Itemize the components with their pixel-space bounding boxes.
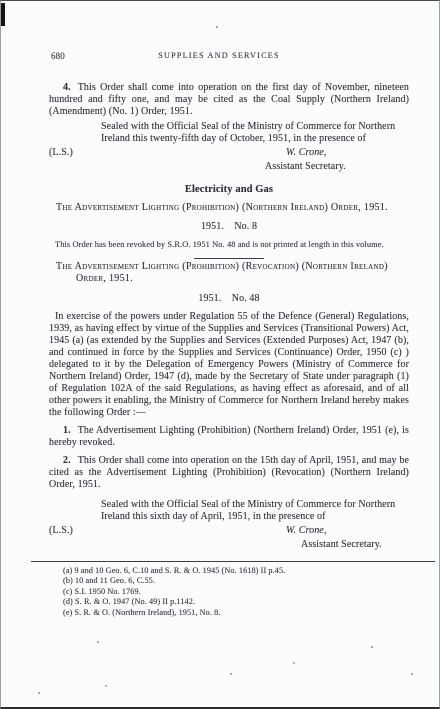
order-48-sealed-clause: Sealed with the Official Seal of the Min… (101, 499, 417, 523)
scan-speck (105, 685, 107, 687)
category-heading: Electricity and Gas (49, 184, 409, 195)
coal-order-sealed-clause: Sealed with the Official Seal of the Min… (101, 121, 417, 145)
order-48-signature-row: (L.S.) W. Crone, (49, 525, 409, 538)
order-48-paragraph-1: 1.The Advertisement Lighting (Prohibitio… (49, 425, 409, 449)
scan-speck (38, 692, 40, 694)
signature-name: W. Crone, (286, 147, 326, 158)
locus-sigilli: (L.S.) (49, 525, 73, 536)
footnote-e: (e) S. R. & O. (Northern Ireland), 1951,… (63, 608, 409, 619)
paragraph-number: 1. (63, 425, 71, 436)
scan-speck (411, 673, 413, 675)
order-48-title: The Advertisement Lighting (Prohibition)… (49, 261, 409, 286)
page-content: 680 SUPPLIES AND SERVICES 4.This Order s… (1, 1, 439, 618)
running-header: 680 SUPPLIES AND SERVICES (49, 51, 409, 64)
order-8-title: The Advertisement Lighting (Prohibition)… (49, 202, 409, 215)
coal-order-signature-row: (L.S.) W. Crone, (49, 147, 409, 160)
scan-speck (371, 646, 373, 648)
paragraph-text: This Order shall come into operation on … (49, 82, 409, 117)
signature-name: W. Crone, (286, 525, 326, 536)
scanned-document-page: 680 SUPPLIES AND SERVICES 4.This Order s… (0, 0, 440, 709)
order-48-paragraph-2: 2.This Order shall come into operation o… (49, 455, 409, 491)
footnote-a: (a) 9 and 10 Geo. 6, C.10 and S. R. & O.… (63, 566, 409, 577)
section-divider-rule (194, 258, 264, 259)
running-header-title: SUPPLIES AND SERVICES (49, 51, 389, 60)
scan-speck (97, 641, 99, 643)
footnote-c: (c) S.I. 1950 No. 1769. (63, 587, 409, 598)
footnote-b: (b) 10 and 11 Geo. 6, C.55. (63, 576, 409, 587)
signature-title: Assistant Secretary. (301, 538, 409, 551)
paragraph-text: The Advertisement Lighting (Prohibition)… (49, 425, 409, 448)
scan-speck (293, 662, 295, 664)
scan-speck (230, 673, 232, 675)
scan-speck (216, 26, 218, 28)
coal-order-paragraph-4: 4.This Order shall come into operation o… (49, 82, 409, 118)
paragraph-text: This Order shall come into operation on … (49, 455, 409, 490)
order-48-number-line: 1951. No. 48 (49, 293, 409, 304)
footnote-d: (d) S. R. & O. 1947 (No. 49) II p.1142. (63, 597, 409, 608)
order-48-preamble: In exercise of the powers under Regulati… (49, 311, 409, 419)
paragraph-number: 2. (63, 455, 71, 466)
footnote-rule (31, 561, 435, 562)
footnote-list: (a) 9 and 10 Geo. 6, C.10 and S. R. & O.… (49, 566, 409, 619)
locus-sigilli: (L.S.) (49, 147, 73, 158)
order-8-revoked-note: This Order has been revoked by S.R.O. 19… (49, 240, 409, 250)
paragraph-number: 4. (63, 82, 71, 93)
order-8-number-line: 1951. No. 8 (49, 221, 409, 232)
signature-title: Assistant Secretary. (265, 160, 409, 173)
